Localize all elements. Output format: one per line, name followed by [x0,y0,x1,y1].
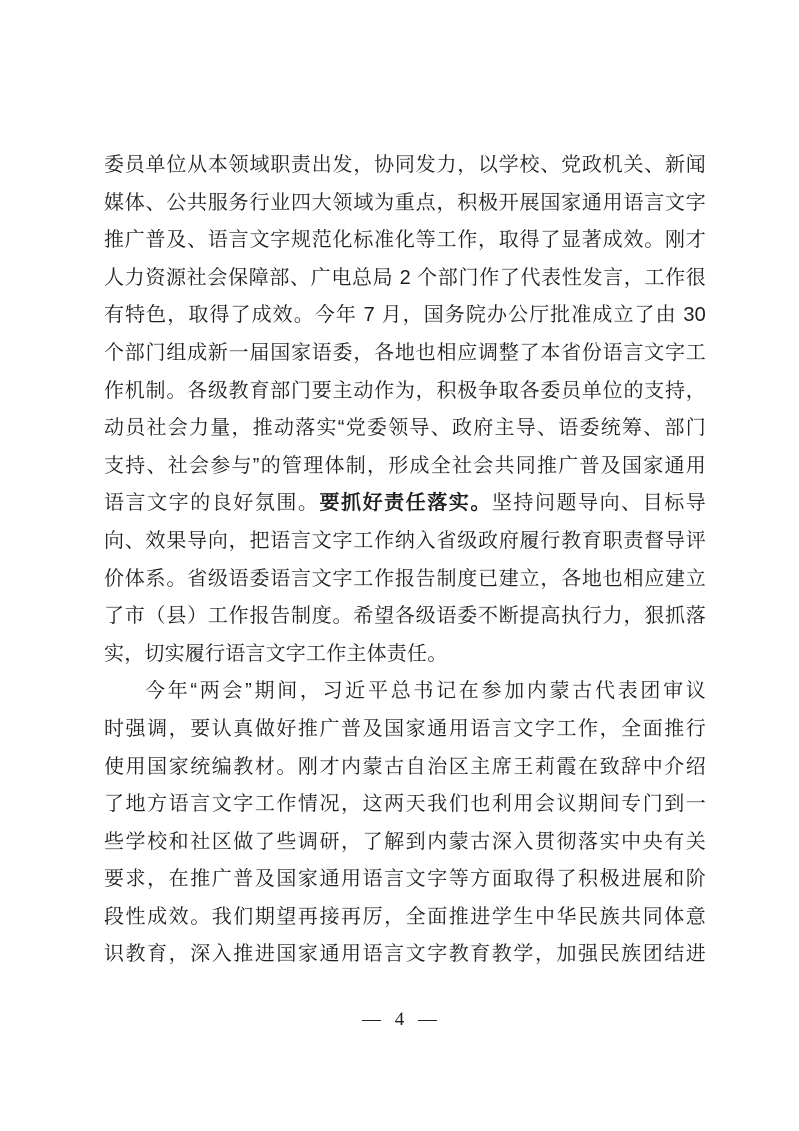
text-line: 向、效果导向，把语言文字工作纳入省级政府履行教育职责督导评 [104,523,706,561]
text-line: 作机制。各级教育部门要主动作为，积极争取各委员单位的支持， [104,373,706,411]
text-segment: 坚持问题导向、目标导 [492,492,706,514]
text-line-with-bold: 语言文字的良好氛围。要抓好责任落实。坚持问题导向、目标导 [104,485,706,523]
bold-text-segment: 要抓好责任落实。 [319,492,491,514]
text-line: 动员社会力量，推动落实“党委领导、政府主导、语委统筹、部门 [104,410,706,448]
text-line: 识教育，深入推进国家通用语言文字教育教学，加强民族团结进 [104,936,706,974]
document-body: 委员单位从本领域职责出发，协同发力，以学校、党政机关、新闻 媒体、公共服务行业四… [104,147,706,974]
text-line: 时强调，要认真做好推广普及国家通用语言文字工作，全面推行 [104,711,706,749]
text-line: 推广普及、语言文字规范化标准化等工作，取得了显著成效。刚才 [104,222,706,260]
paragraph-1: 委员单位从本领域职责出发，协同发力，以学校、党政机关、新闻 媒体、公共服务行业四… [104,147,706,673]
page-number: — 4 — [0,1008,799,1032]
text-line: 有特色，取得了成效。今年 7 月，国务院办公厅批准成立了由 30 [104,297,706,335]
text-line: 实，切实履行语言文字工作主体责任。 [104,636,706,674]
text-segment: 语言文字的良好氛围。 [104,492,319,514]
text-line: 支持、社会参与”的管理体制，形成全社会共同推广普及国家通用 [104,448,706,486]
paragraph-2: 今年“两会”期间，习近平总书记在参加内蒙古代表团审议 时强调，要认真做好推广普及… [104,673,706,974]
text-line: 媒体、公共服务行业四大领域为重点，积极开展国家通用语言文字 [104,185,706,223]
document-page: 委员单位从本领域职责出发，协同发力，以学校、党政机关、新闻 媒体、公共服务行业四… [0,0,799,1131]
text-line: 使用国家统编教材。刚才内蒙古自治区主席王莉霞在致辞中介绍 [104,749,706,787]
text-line: 了市（县）工作报告制度。希望各级语委不断提高执行力，狠抓落 [104,598,706,636]
text-line: 委员单位从本领域职责出发，协同发力，以学校、党政机关、新闻 [104,147,706,185]
text-line: 段性成效。我们期望再接再厉，全面推进学生中华民族共同体意 [104,899,706,937]
text-line: 价体系。省级语委语言文字工作报告制度已建立，各地也相应建立 [104,561,706,599]
text-line: 人力资源社会保障部、广电总局 2 个部门作了代表性发言，工作很 [104,260,706,298]
text-line: 些学校和社区做了些调研，了解到内蒙古深入贯彻落实中央有关 [104,824,706,862]
text-line: 要求，在推广普及国家通用语言文字等方面取得了积极进展和阶 [104,861,706,899]
text-line: 今年“两会”期间，习近平总书记在参加内蒙古代表团审议 [104,673,706,711]
text-line: 了地方语言文字工作情况，这两天我们也利用会议期间专门到一 [104,786,706,824]
text-line: 个部门组成新一届国家语委，各地也相应调整了本省份语言文字工 [104,335,706,373]
